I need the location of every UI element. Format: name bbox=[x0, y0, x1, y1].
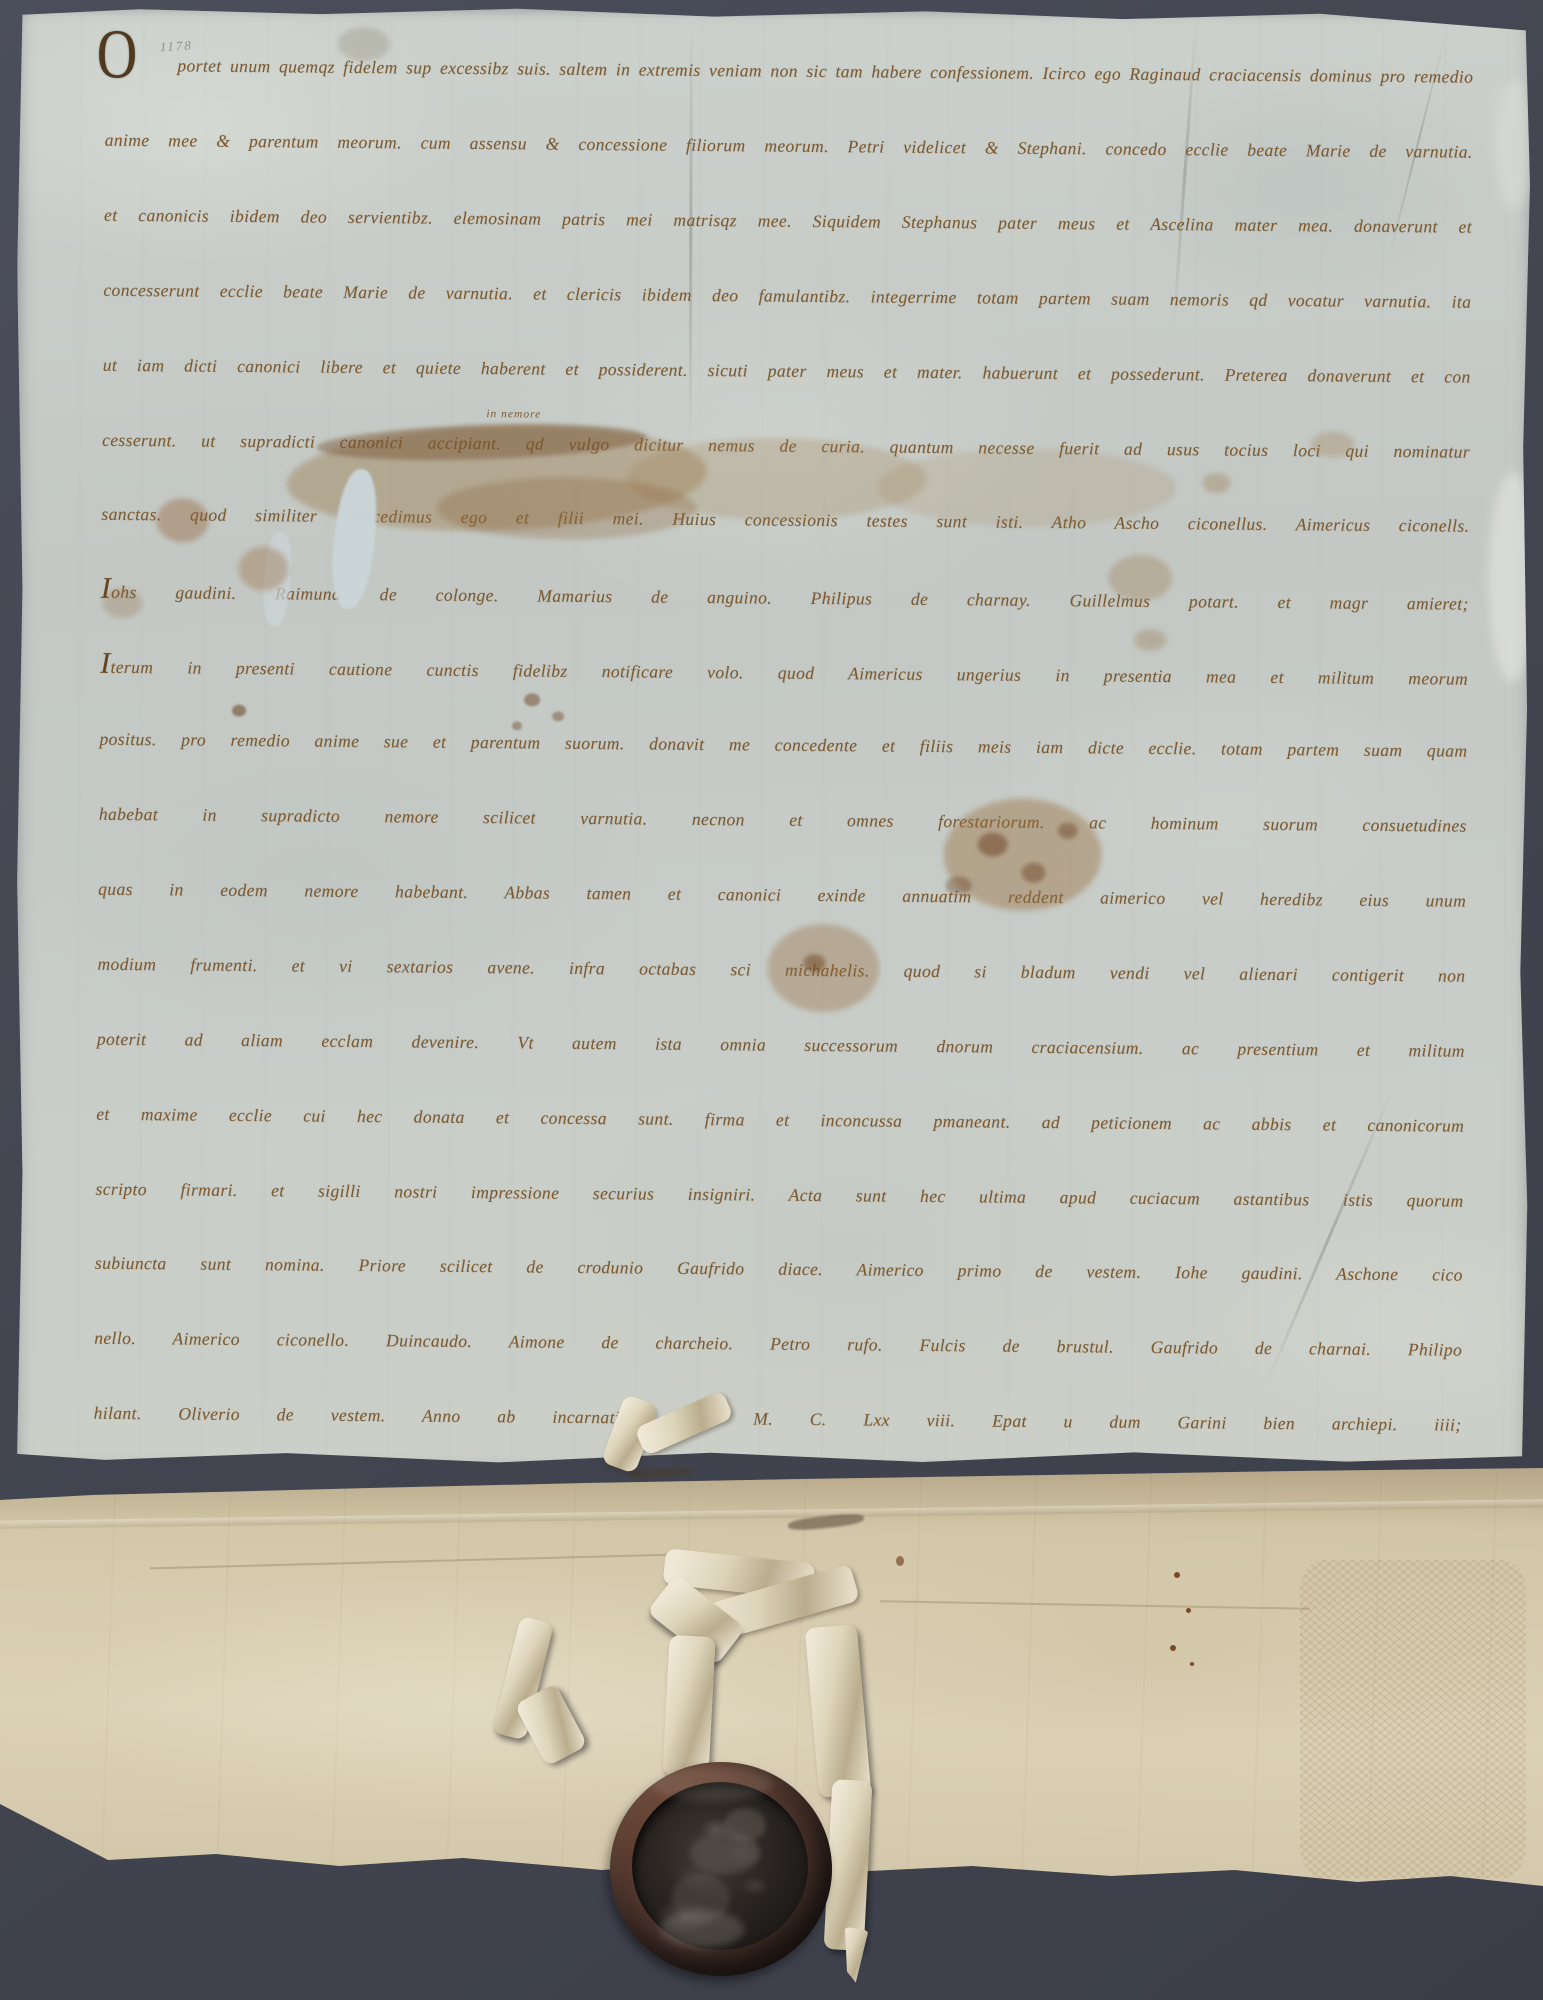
charter-line: et canonicis ibidem deo servientibz. ele… bbox=[104, 191, 1472, 255]
fold-crease bbox=[150, 1553, 710, 1570]
charter-line: quas in eodem nemore habebant. Abbas tam… bbox=[98, 865, 1466, 929]
stain-spot bbox=[1108, 555, 1172, 601]
wax-seal bbox=[610, 1762, 832, 1976]
charter-parchment: O 1178 portet unum quemqz fidelem sup ex… bbox=[14, 6, 1532, 1468]
ink-spot bbox=[512, 721, 522, 730]
interlinear-addition: in nemore bbox=[486, 408, 541, 420]
parchment-hole bbox=[261, 531, 294, 628]
smudge bbox=[338, 27, 390, 61]
charter-line: subiuncta sunt nomina. Priore scilicet d… bbox=[95, 1239, 1463, 1303]
stain-spot bbox=[238, 547, 288, 591]
water-stain bbox=[877, 448, 1177, 527]
charter-line: sanctas. quod similiter concedimus ego e… bbox=[101, 490, 1469, 554]
charter-line: Iterum in presenti cautione cunctis fide… bbox=[100, 640, 1468, 704]
stain-spot bbox=[1022, 863, 1046, 883]
crease-line bbox=[1172, 17, 1197, 326]
ink-spot bbox=[552, 711, 564, 721]
charter-line: anime mee & parentum meorum. cum assensu… bbox=[105, 116, 1473, 180]
fold-crease bbox=[880, 1600, 1310, 1610]
stain-spot bbox=[157, 498, 209, 542]
charter-line: et maxime ecclie cui hec donata et conce… bbox=[96, 1089, 1464, 1153]
crease-line bbox=[689, 20, 693, 450]
stain-spot bbox=[946, 876, 972, 894]
stain-spot bbox=[1134, 629, 1166, 651]
worn-edge-right-top bbox=[1495, 80, 1533, 210]
water-stain bbox=[767, 924, 879, 1012]
worn-edge-right bbox=[1488, 472, 1537, 682]
water-stain bbox=[437, 477, 697, 540]
parchment-texture bbox=[14, 6, 1532, 1468]
water-stain bbox=[944, 798, 1102, 910]
water-stain bbox=[627, 438, 927, 521]
charter-line: modium frumenti. et vi sextarios avene. … bbox=[97, 940, 1465, 1004]
charter-line: ut iam dicti canonici libere et quiete h… bbox=[103, 340, 1471, 404]
charter-line: nello. Aimerico ciconello. Duincaudo. Ai… bbox=[94, 1314, 1462, 1378]
charter-line: Iohs gaudini. Raimund de colonge. Mamari… bbox=[101, 565, 1469, 629]
charter-line: positus. pro remedio anime sue et parent… bbox=[99, 715, 1467, 779]
charter-line: portet unum quemqz fidelem sup excessibz… bbox=[105, 41, 1473, 105]
photo-backdrop: O 1178 portet unum quemqz fidelem sup ex… bbox=[0, 0, 1543, 2000]
ink-spot bbox=[524, 693, 540, 706]
stain-spot bbox=[1058, 823, 1078, 839]
fold-crease bbox=[0, 1499, 1543, 1529]
seal-tag-tail-tip bbox=[834, 1926, 871, 1984]
drop-cap-initial: O bbox=[97, 20, 138, 90]
charter-line: poterit ad aliam ecclam devenire. Vt aut… bbox=[97, 1014, 1465, 1078]
stain-spot bbox=[1203, 473, 1231, 493]
charter-line: concesserunt ecclie beate Marie de varnu… bbox=[103, 265, 1471, 329]
parchment-hole bbox=[327, 467, 382, 610]
charter-line: hilant. Oliverio de vestem. Anno ab inca… bbox=[93, 1389, 1461, 1453]
crease-line bbox=[1387, 37, 1445, 261]
charter-text: portet unum quemqz fidelem sup excessibz… bbox=[5, 6, 1532, 1477]
charter-line: cesserunt. ut supradicti canonici accipi… bbox=[102, 415, 1470, 479]
stain-edge bbox=[316, 420, 647, 465]
seal-figure-shadow bbox=[672, 1874, 730, 1922]
stain-spot bbox=[1311, 431, 1355, 457]
charter-line: scripto firmari. et sigilli nostri impre… bbox=[95, 1164, 1463, 1228]
crease-line bbox=[1264, 1092, 1393, 1387]
seal-figure-horse bbox=[690, 1832, 760, 1874]
ink-spot bbox=[232, 705, 246, 717]
seal-impression bbox=[632, 1782, 808, 1950]
seal-crust bbox=[660, 1910, 744, 1948]
water-stain bbox=[285, 419, 708, 538]
tag-slit bbox=[630, 1466, 695, 1480]
stain-spot bbox=[978, 833, 1008, 857]
charter-line: habebat in supradicto nemore scilicet va… bbox=[99, 790, 1467, 854]
stain-spot bbox=[102, 588, 142, 618]
seal-figure-rider bbox=[724, 1808, 766, 1842]
archival-year-note: 1178 bbox=[159, 38, 193, 56]
stain-spot bbox=[803, 954, 825, 972]
